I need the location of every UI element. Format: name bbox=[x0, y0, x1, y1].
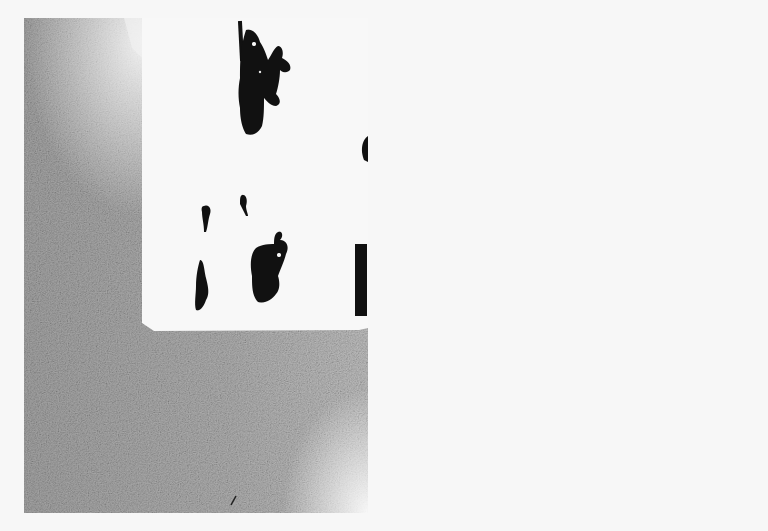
photo-canvas bbox=[24, 18, 368, 513]
page bbox=[0, 0, 768, 531]
edge-bar bbox=[355, 244, 367, 316]
scanned-photograph bbox=[24, 18, 368, 513]
